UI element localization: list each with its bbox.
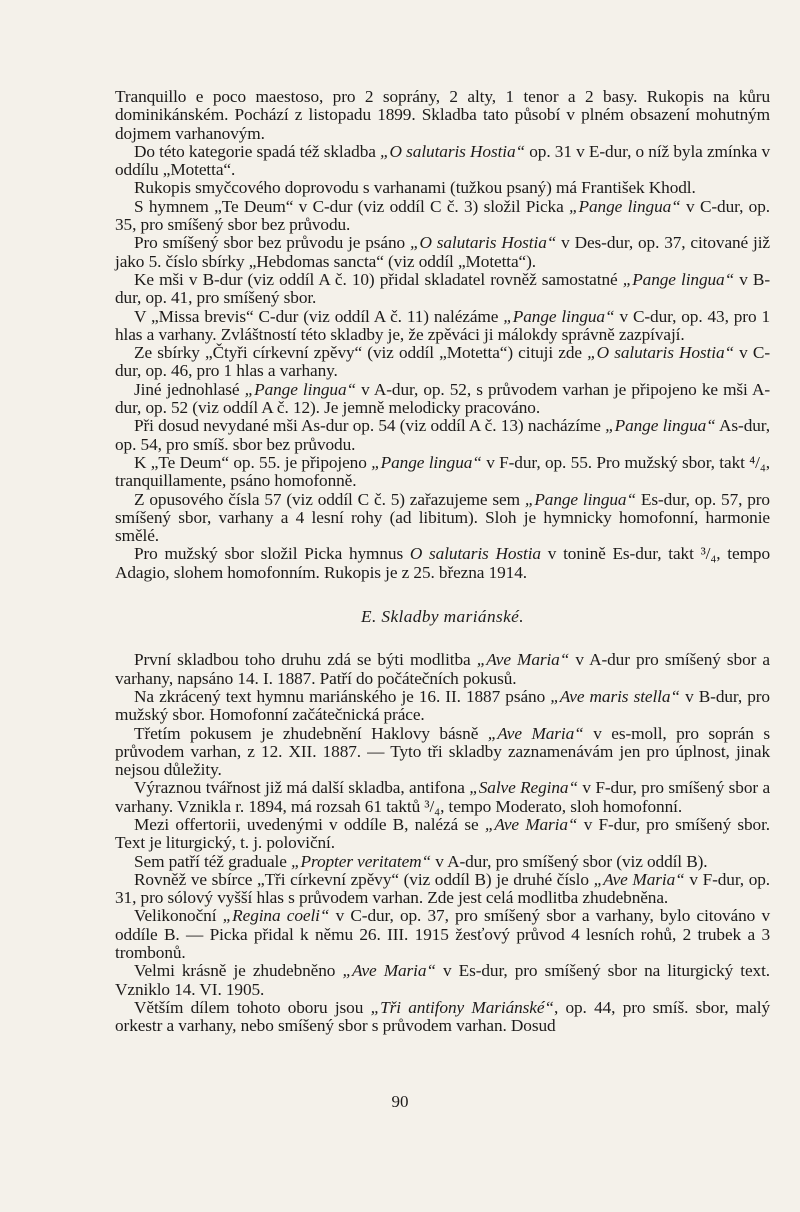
paragraph: Z opusového čísla 57 (viz oddíl C č. 5) …	[115, 491, 770, 546]
italic-title: „Pange lingua“	[569, 197, 681, 216]
paragraph: Výraznou tvářnost již má další skladba, …	[115, 779, 770, 816]
text-run: Pro smíšený sbor bez průvodu je psáno	[134, 233, 410, 252]
italic-title: „O salutaris Hostia“	[380, 142, 525, 161]
text-run: Mezi offertorii, uvedenými v oddíle B, n…	[134, 815, 485, 834]
text-run: v A-dur, pro smíšený sbor (viz oddíl B).	[431, 852, 707, 871]
text-run: Výraznou tvářnost již má další skladba, …	[134, 778, 469, 797]
text-run: S hymnem „Te Deum“ v C-dur (viz oddíl C …	[134, 197, 569, 216]
paragraph: Jiné jednohlasé „Pange lingua“ v A-dur, …	[115, 381, 770, 418]
italic-title: „Tři antifony Mariánské“	[371, 998, 554, 1017]
text-run: Ze sbírky „Čtyři církevní zpěvy“ (viz od…	[134, 343, 587, 362]
paragraph: Ke mši v B-dur (viz oddíl A č. 10) přida…	[115, 271, 770, 308]
text-run: Třetím pokusem je zhudebnění Haklovy bás…	[134, 724, 488, 743]
paragraph: Do této kategorie spadá též skladba „O s…	[115, 143, 770, 180]
italic-title: „Ave Maria“	[477, 650, 570, 669]
italic-title: „Ave Maria“	[342, 961, 435, 980]
text-run: Ke mši v B-dur (viz oddíl A č. 10) přida…	[134, 270, 623, 289]
text-run: K „Te Deum“ op. 55. je připojeno	[134, 453, 371, 472]
italic-title: „Ave maris stella“	[550, 687, 680, 706]
text-run: Z opusového čísla 57 (viz oddíl C č. 5) …	[134, 490, 525, 509]
paragraph: Tranquillo e poco maestoso, pro 2 soprán…	[115, 88, 770, 143]
paragraph: První skladbou toho druhu zdá se býti mo…	[115, 651, 770, 688]
text-run: Jiné jednohlasé	[134, 380, 245, 399]
paragraph: K „Te Deum“ op. 55. je připojeno „Pange …	[115, 454, 770, 491]
paragraph: S hymnem „Te Deum“ v C-dur (viz oddíl C …	[115, 198, 770, 235]
paragraph: Rukopis smyčcového doprovodu s varhanami…	[115, 179, 770, 197]
text-run: Velmi krásně je zhudebněno	[134, 961, 342, 980]
text-run: Větším dílem tohoto oboru jsou	[134, 998, 371, 1017]
text-run: Velikonoční	[134, 906, 223, 925]
paragraph: Na zkrácený text hymnu mariánského je 16…	[115, 688, 770, 725]
italic-title: „Pange lingua“	[605, 416, 716, 435]
text-run: Rovněž ve sbírce „Tři církevní zpěvy“ (v…	[134, 870, 594, 889]
paragraph: Třetím pokusem je zhudebnění Haklovy bás…	[115, 725, 770, 780]
paragraph: Větším dílem tohoto oboru jsou „Tři anti…	[115, 999, 770, 1036]
italic-title: „Pange lingua“	[503, 307, 614, 326]
text-run: Tranquillo e poco maestoso, pro 2 soprán…	[115, 87, 770, 143]
paragraph: Pro smíšený sbor bez průvodu je psáno „O…	[115, 234, 770, 271]
italic-title: „Pange lingua“	[245, 380, 356, 399]
italic-title: „Propter veritatem“	[291, 852, 431, 871]
italic-title: „Pange lingua“	[371, 453, 482, 472]
italic-title: „O salutaris Hostia“	[587, 343, 734, 362]
italic-title: „Ave Maria“	[594, 870, 685, 889]
paragraph: Ze sbírky „Čtyři církevní zpěvy“ (viz od…	[115, 344, 770, 381]
text-block-after-heading: První skladbou toho druhu zdá se býti mo…	[115, 651, 770, 1035]
text-run: V „Missa brevis“ C-dur (viz oddíl A č. 1…	[134, 307, 503, 326]
italic-title: „Regina coeli“	[223, 906, 330, 925]
text-run: Pro mužský sbor složil Picka hymnus	[134, 544, 410, 563]
text-run: Do této kategorie spadá též skladba	[134, 142, 380, 161]
text-run: Rukopis smyčcového doprovodu s varhanami…	[134, 178, 696, 197]
text-block-before-heading: Tranquillo e poco maestoso, pro 2 soprán…	[115, 88, 770, 582]
paragraph: Rovněž ve sbírce „Tři církevní zpěvy“ (v…	[115, 871, 770, 908]
text-run: Na zkrácený text hymnu mariánského je 16…	[134, 687, 550, 706]
italic-title: „Ave Maria“	[485, 815, 578, 834]
page-body: Tranquillo e poco maestoso, pro 2 soprán…	[115, 88, 770, 1036]
italic-title: „Pange lingua“	[623, 270, 734, 289]
italic-title: „O salutaris Hostia“	[410, 233, 556, 252]
text-run: Sem patří též graduale	[134, 852, 291, 871]
italic-title: „Ave Maria“	[488, 724, 584, 743]
italic-title: O salutaris Hostia	[410, 544, 541, 563]
text-run: První skladbou toho druhu zdá se býti mo…	[134, 650, 477, 669]
paragraph: Pro mužský sbor složil Picka hymnus O sa…	[115, 545, 770, 582]
page-number: 90	[0, 1092, 800, 1112]
italic-title: „Pange lingua“	[525, 490, 636, 509]
paragraph: Velikonoční „Regina coeli“ v C-dur, op. …	[115, 907, 770, 962]
text-run: Při dosud nevydané mši As-dur op. 54 (vi…	[134, 416, 605, 435]
paragraph: Velmi krásně je zhudebněno „Ave Maria“ v…	[115, 962, 770, 999]
paragraph: Sem patří též graduale „Propter veritate…	[115, 853, 770, 871]
paragraph: Při dosud nevydané mši As-dur op. 54 (vi…	[115, 417, 770, 454]
italic-title: „Salve Regina“	[469, 778, 578, 797]
paragraph: V „Missa brevis“ C-dur (viz oddíl A č. 1…	[115, 308, 770, 345]
paragraph: Mezi offertorii, uvedenými v oddíle B, n…	[115, 816, 770, 853]
section-heading: E. Skladby mariánské.	[115, 608, 770, 626]
